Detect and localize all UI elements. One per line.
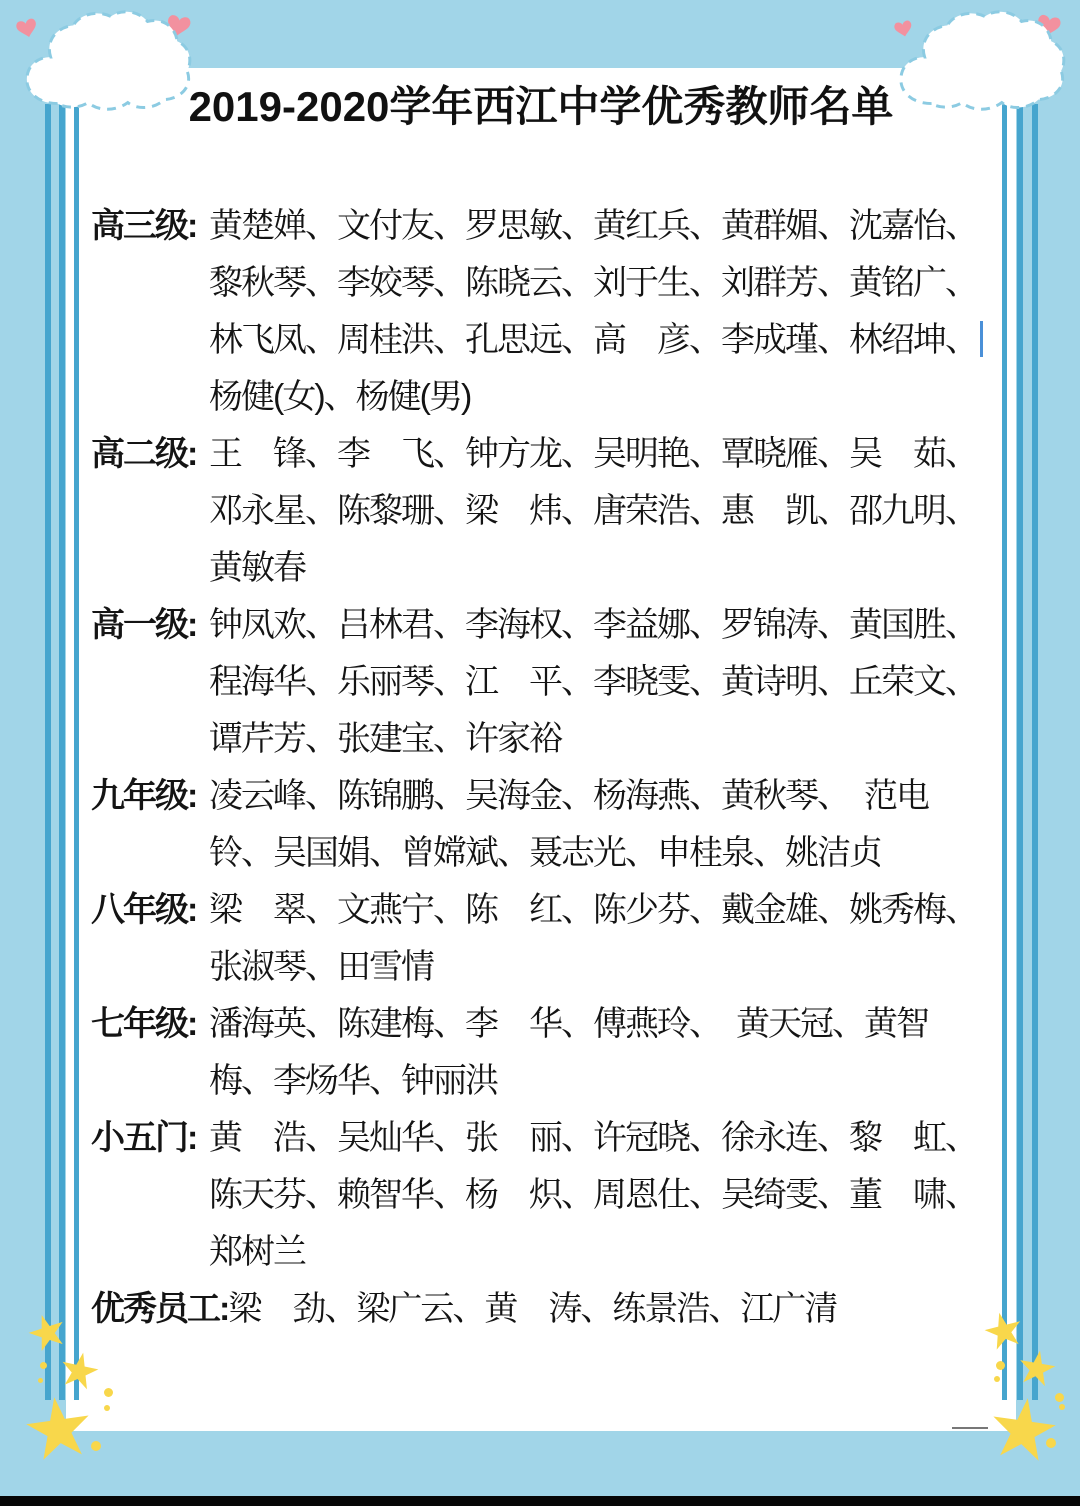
names-line: 谭芹芳、张建宝、许家裕 — [209, 711, 1016, 768]
hanging-line-right-3 — [1032, 104, 1038, 1400]
sparkle-dot — [91, 1441, 101, 1451]
screen-bottom-bar — [0, 1496, 1080, 1506]
section-names: 梁 劲、梁广云、黄 涛、练景浩、江广清 — [228, 1281, 1016, 1338]
names-line: 黎秋琴、李姣琴、陈晓云、刘于生、刘群芳、黄铭广、 — [209, 255, 1016, 312]
sparkle-dot — [104, 1405, 110, 1411]
names-line: 梁 劲、梁广云、黄 涛、练景浩、江广清 — [228, 1281, 1016, 1338]
names-line: 钟凤欢、吕林君、李海权、李益娜、罗锦涛、黄国胜、 — [209, 597, 1016, 654]
sparkle-dot — [104, 1388, 113, 1397]
names-line: 黄楚婵、文付友、罗思敏、黄红兵、黄群媚、沈嘉怡、 — [209, 198, 1016, 255]
list-section: 高三级:黄楚婵、文付友、罗思敏、黄红兵、黄群媚、沈嘉怡、黎秋琴、李姣琴、陈晓云、… — [91, 198, 1016, 426]
names-line: 林飞凤、周桂洪、孔思远、高 彦、李成瑾、林绍坤、 — [209, 312, 1016, 369]
section-names: 黄楚婵、文付友、罗思敏、黄红兵、黄群媚、沈嘉怡、黎秋琴、李姣琴、陈晓云、刘于生、… — [209, 198, 1016, 426]
sparkle-dot — [40, 1362, 47, 1369]
sparkle-dot — [1055, 1393, 1064, 1402]
section-names: 梁 翠、文燕宁、陈 红、陈少芬、戴金雄、姚秀梅、张淑琴、田雪情 — [209, 882, 1016, 996]
names-line: 梅、李炀华、钟丽洪 — [209, 1053, 1016, 1110]
cloud-icon — [18, 8, 196, 120]
star-icon — [21, 1391, 96, 1465]
list-section: 九年级:凌云峰、陈锦鹏、吴海金、杨海燕、黄秋琴、 范电铃、吴国娟、曾嫦斌、聂志光… — [91, 768, 1016, 882]
section-names: 钟凤欢、吕林君、李海权、李益娜、罗锦涛、黄国胜、程海华、乐丽琴、江 平、李晓雯、… — [209, 597, 1016, 768]
section-label: 高一级: — [91, 597, 209, 654]
hanging-line-right-2 — [1017, 104, 1023, 1400]
names-line: 王 锋、李 飞、钟方龙、吴明艳、覃晓雁、吴 茹、 — [209, 426, 1016, 483]
sparkle-dot — [38, 1378, 43, 1383]
section-names: 黄 浩、吴灿华、张 丽、许冠晓、徐永连、黎 虹、陈天芬、赖智华、杨 炽、周恩仕、… — [209, 1110, 1016, 1281]
hanging-line-left-3 — [74, 104, 79, 1400]
sparkle-dot — [994, 1376, 1000, 1382]
list-section: 高二级:王 锋、李 飞、钟方龙、吴明艳、覃晓雁、吴 茹、邓永星、陈黎珊、梁 炜、… — [91, 426, 1016, 597]
panel-edge-mark — [952, 1427, 988, 1429]
section-names: 潘海英、陈建梅、李 华、傅燕玲、 黄天冠、黄智梅、李炀华、钟丽洪 — [209, 996, 1016, 1110]
names-line: 邓永星、陈黎珊、梁 炜、唐荣浩、惠 凯、邵九明、 — [209, 483, 1016, 540]
section-names: 凌云峰、陈锦鹏、吴海金、杨海燕、黄秋琴、 范电铃、吴国娟、曾嫦斌、聂志光、申桂泉… — [209, 768, 1016, 882]
names-line: 梁 翠、文燕宁、陈 红、陈少芬、戴金雄、姚秀梅、 — [209, 882, 1016, 939]
names-line: 程海华、乐丽琴、江 平、李晓雯、黄诗明、丘荣文、 — [209, 654, 1016, 711]
section-label: 高三级: — [91, 198, 209, 255]
names-line: 张淑琴、田雪情 — [209, 939, 1016, 996]
names-line: 黄敏春 — [209, 540, 1016, 597]
names-line: 杨健(女)、杨健(男) — [209, 369, 1016, 426]
star-icon — [56, 1347, 102, 1392]
names-line: 陈天芬、赖智华、杨 炽、周恩仕、吴绮雯、董 啸、 — [209, 1167, 1016, 1224]
star-icon — [1015, 1346, 1059, 1389]
names-line: 郑树兰 — [209, 1224, 1016, 1281]
section-label: 优秀员工: — [91, 1281, 228, 1338]
sparkle-dot — [996, 1361, 1005, 1370]
section-names: 王 锋、李 飞、钟方龙、吴明艳、覃晓雁、吴 茹、邓永星、陈黎珊、梁 炜、唐荣浩、… — [209, 426, 1016, 597]
list-section: 优秀员工:梁 劲、梁广云、黄 涛、练景浩、江广清 — [91, 1281, 1016, 1338]
names-line: 凌云峰、陈锦鹏、吴海金、杨海燕、黄秋琴、 范电 — [209, 768, 1016, 825]
names-line: 黄 浩、吴灿华、张 丽、许冠晓、徐永连、黎 虹、 — [209, 1110, 1016, 1167]
section-label: 七年级: — [91, 996, 209, 1053]
star-icon — [986, 1392, 1061, 1466]
document-page: 2019-2020学年西江中学优秀教师名单 高三级:黄楚婵、文付友、罗思敏、黄红… — [0, 0, 1080, 1506]
list-section: 高一级:钟凤欢、吕林君、李海权、李益娜、罗锦涛、黄国胜、程海华、乐丽琴、江 平、… — [91, 597, 1016, 768]
cloud-icon — [892, 8, 1070, 120]
section-label: 高二级: — [91, 426, 209, 483]
list-section: 八年级:梁 翠、文燕宁、陈 红、陈少芬、戴金雄、姚秀梅、张淑琴、田雪情 — [91, 882, 1016, 996]
section-label: 八年级: — [91, 882, 209, 939]
teacher-list: 高三级:黄楚婵、文付友、罗思敏、黄红兵、黄群媚、沈嘉怡、黎秋琴、李姣琴、陈晓云、… — [91, 198, 1016, 1338]
section-label: 小五门: — [91, 1110, 209, 1167]
names-line: 铃、吴国娟、曾嫦斌、聂志光、申桂泉、姚洁贞 — [209, 825, 1016, 882]
list-section: 七年级:潘海英、陈建梅、李 华、傅燕玲、 黄天冠、黄智梅、李炀华、钟丽洪 — [91, 996, 1016, 1110]
sparkle-dot — [1059, 1404, 1065, 1410]
section-label: 九年级: — [91, 768, 209, 825]
hanging-line-left-1 — [45, 104, 51, 1400]
list-section: 小五门:黄 浩、吴灿华、张 丽、许冠晓、徐永连、黎 虹、陈天芬、赖智华、杨 炽、… — [91, 1110, 1016, 1281]
page-title: 2019-2020学年西江中学优秀教师名单 — [66, 74, 1016, 134]
sparkle-dot — [1046, 1438, 1056, 1448]
text-cursor — [980, 321, 983, 357]
hanging-line-left-2 — [59, 104, 65, 1400]
names-line: 潘海英、陈建梅、李 华、傅燕玲、 黄天冠、黄智 — [209, 996, 1016, 1053]
